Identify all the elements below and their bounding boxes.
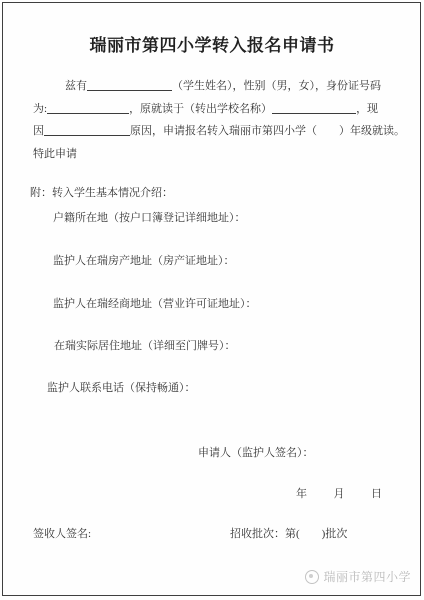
intro-line-3: 因原因，申请报名转入瑞丽市第四小学（ ）年级就读。 [33, 120, 406, 143]
intro-line2-pre: 为: [33, 103, 47, 115]
school-watermark: 瑞丽市第四小学 [305, 568, 411, 585]
intro-line1-pre: 兹有 [65, 80, 87, 92]
application-form-page: 瑞丽市第四小学转入报名申请书 兹有（学生姓名），性别（男，女），身份证号码 为:… [0, 0, 424, 600]
applicant-signature-label: 申请人（监护人签名）： [198, 444, 314, 460]
reason-blank [44, 123, 130, 136]
previous-school-blank [272, 101, 356, 114]
attachment-item-residence-address: 在瑞实际居住地址（详细至门牌号）： [54, 337, 236, 353]
intro-closing: 特此申请 [33, 143, 406, 166]
admission-batch-label: 招收批次：第( )批次 [230, 525, 347, 541]
intro-line2-after: ，现 [356, 103, 378, 115]
attachment-heading: 附：转入学生基本情况介绍： [30, 184, 173, 200]
date-line: 年 月 日 [296, 485, 384, 501]
attachment-item-guardian-phone: 监护人联系电话（保持畅通）： [47, 379, 196, 395]
id-number-blank [47, 101, 129, 114]
intro-line-2: 为:，原就读于（转出学校名称），现 [33, 98, 406, 121]
school-logo-icon [305, 570, 319, 584]
intro-line3-pre: 因 [33, 125, 44, 137]
student-name-blank [87, 78, 172, 91]
intro-line3-after: 原因，申请报名转入瑞丽市第四小学（ ）年级就读。 [130, 125, 405, 137]
intro-line2-mid: ，原就读于（转出学校名称） [129, 103, 272, 115]
receiver-signature-label: 签收人签名: [33, 525, 91, 541]
attachment-item-business-address: 监护人在瑞经商地址（营业许可证地址）： [53, 295, 257, 311]
intro-line1-after: （学生姓名），性别（男，女），身份证号码 [172, 80, 381, 92]
form-title: 瑞丽市第四小学转入报名申请书 [0, 31, 424, 56]
attachment-item-household-address: 户籍所在地（按户口簿登记详细地址）： [53, 209, 246, 225]
school-watermark-text: 瑞丽市第四小学 [323, 568, 411, 585]
intro-line-1: 兹有（学生姓名），性别（男，女），身份证号码 [33, 75, 406, 98]
attachment-item-property-address: 监护人在瑞房产地址（房产证地址）： [53, 252, 235, 268]
intro-paragraph: 兹有（学生姓名），性别（男，女），身份证号码 为:，原就读于（转出学校名称），现… [33, 75, 406, 165]
